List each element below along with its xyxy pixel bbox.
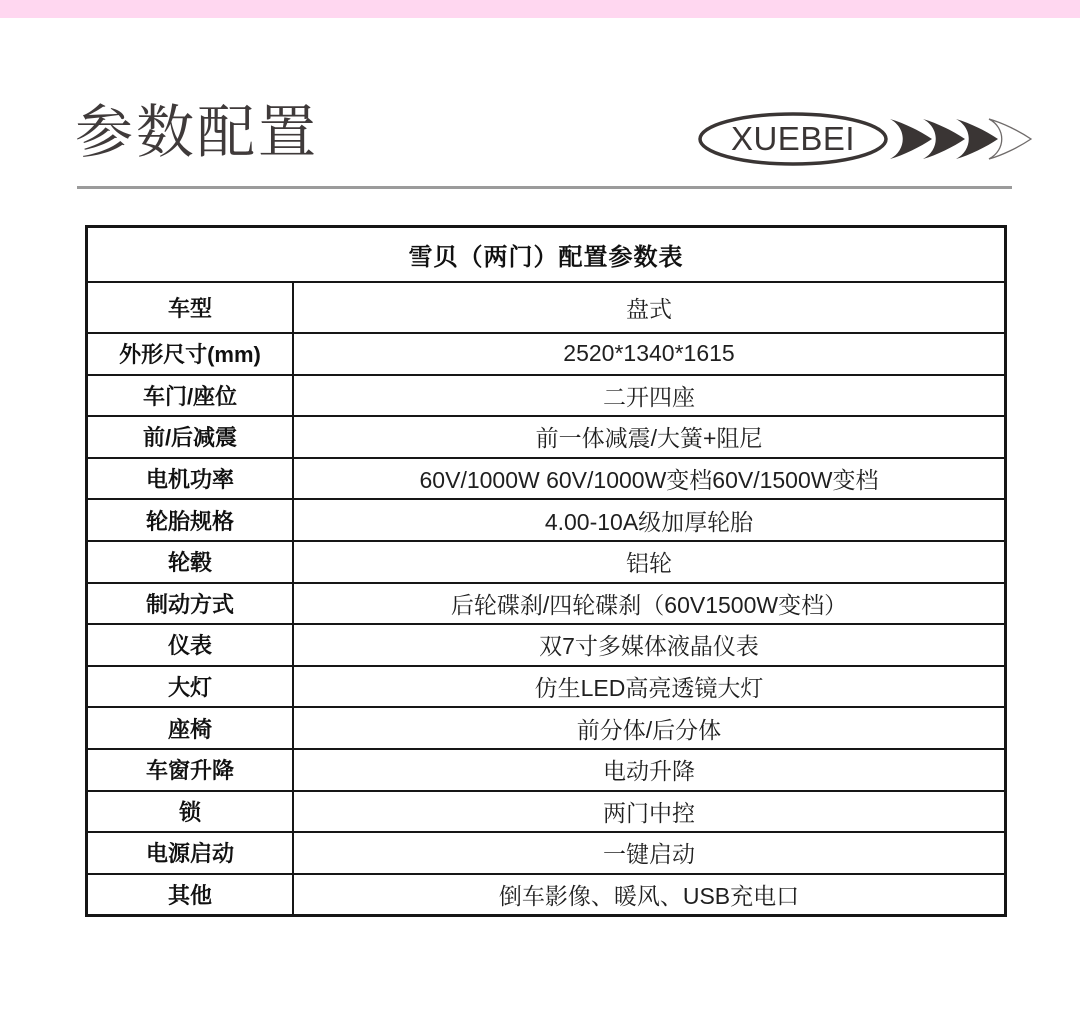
spec-label: 锁 [88,792,294,832]
arrow-icon [890,119,932,159]
spec-label: 大灯 [88,667,294,707]
spec-value: 倒车影像、暖风、USB充电口 [294,875,1004,915]
spec-label: 其他 [88,875,294,915]
spec-value: 前分体/后分体 [294,708,1004,748]
table-row: 车窗升降 电动升降 [88,748,1004,790]
spec-value: 电动升降 [294,750,1004,790]
table-row: 轮胎规格 4.00-10A级加厚轮胎 [88,498,1004,540]
spec-label: 车窗升降 [88,750,294,790]
table-row: 其他 倒车影像、暖风、USB充电口 [88,873,1004,915]
spec-value: 二开四座 [294,376,1004,416]
table-row: 电源启动 一键启动 [88,831,1004,873]
spec-value: 一键启动 [294,833,1004,873]
spec-label: 座椅 [88,708,294,748]
logo-text: XUEBEI [731,120,855,157]
spec-label: 仪表 [88,625,294,665]
spec-label: 电源启动 [88,833,294,873]
spec-label: 轮胎规格 [88,500,294,540]
table-row: 前/后减震 前一体减震/大簧+阻尼 [88,415,1004,457]
table-row: 轮毂 铝轮 [88,540,1004,582]
table-row: 锁 两门中控 [88,790,1004,832]
spec-value: 4.00-10A级加厚轮胎 [294,500,1004,540]
page-title: 参数配置 [75,98,319,168]
table-row: 电机功率 60V/1000W 60V/1000W变档60V/1500W变档 [88,457,1004,499]
spec-table: 雪贝（两门）配置参数表 车型 盘式 外形尺寸(mm) 2520*1340*161… [85,225,1007,917]
spec-value: 仿生LED高亮透镜大灯 [294,667,1004,707]
table-row: 车门/座位 二开四座 [88,374,1004,416]
spec-value: 双7寸多媒体液晶仪表 [294,625,1004,665]
spec-value: 2520*1340*1615 [294,334,1004,374]
spec-value: 铝轮 [294,542,1004,582]
table-title: 雪贝（两门）配置参数表 [88,228,1004,281]
spec-value: 后轮碟刹/四轮碟刹（60V1500W变档） [294,584,1004,624]
spec-label: 车门/座位 [88,376,294,416]
top-accent-bar [0,0,1080,18]
table-row: 车型 盘式 [88,281,1004,332]
spec-label: 前/后减震 [88,417,294,457]
spec-label: 外形尺寸(mm) [88,334,294,374]
spec-value: 两门中控 [294,792,1004,832]
spec-label: 车型 [88,283,294,332]
table-row: 座椅 前分体/后分体 [88,706,1004,748]
spec-label: 电机功率 [88,459,294,499]
header-divider-line [77,186,1012,189]
brand-logo: XUEBEI [693,108,1038,170]
table-row: 大灯 仿生LED高亮透镜大灯 [88,665,1004,707]
spec-value: 盘式 [294,283,1004,332]
spec-value: 60V/1000W 60V/1000W变档60V/1500W变档 [294,459,1004,499]
table-row: 制动方式 后轮碟刹/四轮碟刹（60V1500W变档） [88,582,1004,624]
spec-label: 制动方式 [88,584,294,624]
spec-value: 前一体减震/大簧+阻尼 [294,417,1004,457]
table-row: 仪表 双7寸多媒体液晶仪表 [88,623,1004,665]
table-row: 外形尺寸(mm) 2520*1340*1615 [88,332,1004,374]
spec-label: 轮毂 [88,542,294,582]
